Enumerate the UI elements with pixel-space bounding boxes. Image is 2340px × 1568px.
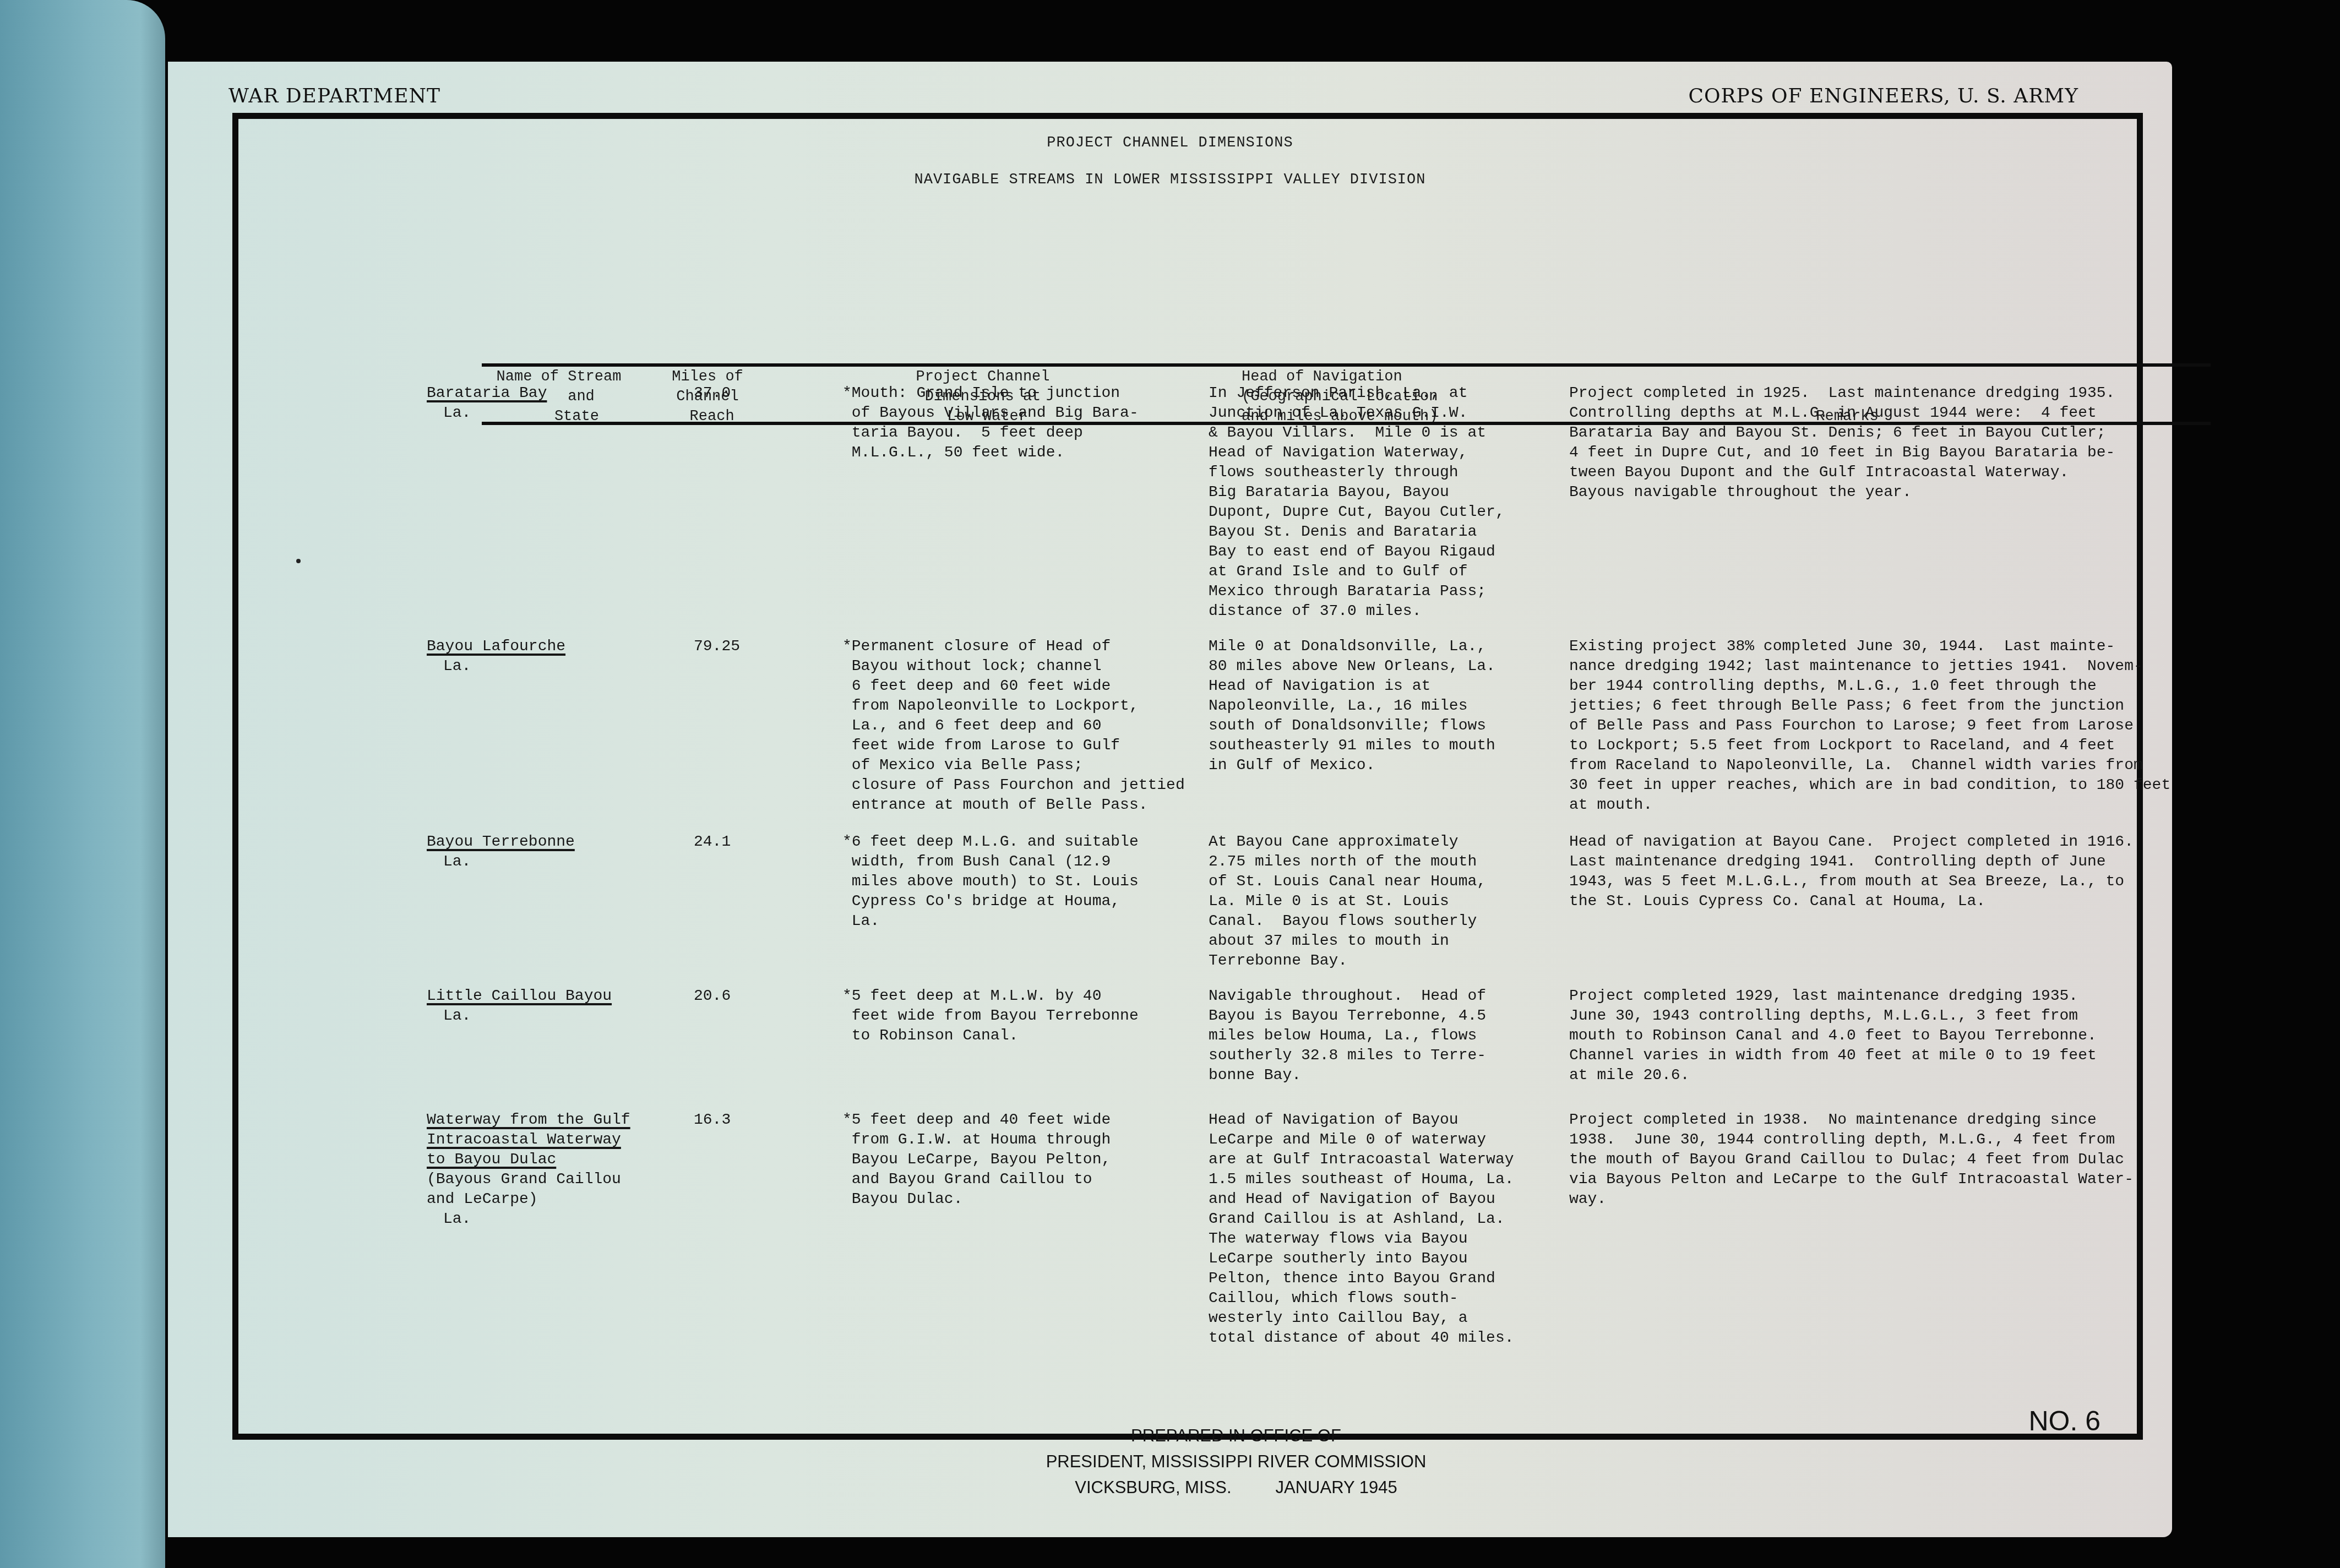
project-cell: *5 feet deep and 40 feet wide from G.I.W… (842, 1110, 1217, 1210)
head-of-navigation-cell: At Bayou Cane approximately 2.75 miles n… (1209, 832, 1561, 971)
remarks-cell: Project completed in 1925. Last maintena… (1569, 384, 2230, 503)
document-subtitle: NAVIGABLE STREAMS IN LOWER MISSISSIPPI V… (168, 172, 2172, 188)
footer-place-date: VICKSBURG, MISS.JANUARY 1945 (988, 1478, 1484, 1498)
miles-cell: 37.0 (694, 384, 760, 404)
project-cell: *Permanent closure of Head of Bayou with… (842, 637, 1217, 815)
facing-page-edge (0, 0, 165, 1568)
project-cell: *Mouth: Grand Isle to junction of Bayous… (842, 384, 1217, 463)
head-of-navigation-cell: Head of Navigation of Bayou LeCarpe and … (1209, 1110, 1561, 1348)
project-cell: *5 feet deep at M.L.W. by 40 feet wide f… (842, 987, 1217, 1046)
footer-date: JANUARY 1945 (1276, 1478, 1397, 1497)
stream-name-cell: Waterway from the Gulf Intracoastal Wate… (427, 1110, 680, 1229)
stream-name-cell: Little Caillou BayouLa. (427, 987, 680, 1026)
remarks-cell: Project completed 1929, last maintenance… (1569, 987, 2230, 1086)
document-page: WAR DEPARTMENT CORPS OF ENGINEERS, U. S.… (168, 62, 2172, 1537)
head-of-navigation-cell: In Jefferson Parish, La., at Junction of… (1209, 384, 1561, 622)
paper-speck (296, 559, 301, 563)
stream-name-cell: Barataria BayLa. (427, 384, 680, 423)
stream-state: La. (427, 404, 680, 423)
stream-state: La. (427, 1210, 680, 1229)
stream-name-cell: Bayou LafourcheLa. (427, 637, 680, 677)
footer-office-line: PRESIDENT, MISSISSIPPI RIVER COMMISSION (988, 1452, 1484, 1472)
remarks-cell: Existing project 38% completed June 30, … (1569, 637, 2230, 815)
document-title: PROJECT CHANNEL DIMENSIONS (168, 135, 2172, 151)
remarks-cell: Head of navigation at Bayou Cane. Projec… (1569, 832, 2230, 912)
running-head-left: WAR DEPARTMENT (228, 85, 440, 107)
stream-name-extra: (Bayous Grand Caillou and LeCarpe) (427, 1170, 680, 1210)
stream-name: Waterway from the Gulf Intracoastal Wate… (427, 1112, 630, 1168)
stream-state: La. (427, 852, 680, 872)
footer-prepared-line: PREPARED IN OFFICE OF (988, 1426, 1484, 1446)
stream-state: La. (427, 657, 680, 677)
miles-cell: 16.3 (694, 1110, 760, 1130)
head-of-navigation-cell: Mile 0 at Donaldsonville, La., 80 miles … (1209, 637, 1561, 776)
project-cell: *6 feet deep M.L.G. and suitable width, … (842, 832, 1217, 932)
footer-place: VICKSBURG, MISS. (1075, 1478, 1231, 1497)
running-head-right: CORPS OF ENGINEERS, U. S. ARMY (1688, 85, 2078, 107)
stream-name: Bayou Terrebonne (427, 834, 575, 851)
stream-state: La. (427, 1006, 680, 1026)
miles-cell: 79.25 (694, 637, 760, 657)
stream-name-cell: Bayou TerrebonneLa. (427, 832, 680, 872)
head-of-navigation-cell: Navigable throughout. Head of Bayou is B… (1209, 987, 1561, 1086)
miles-cell: 24.1 (694, 832, 760, 852)
remarks-cell: Project completed in 1938. No maintenanc… (1569, 1110, 2230, 1210)
stream-name: Little Caillou Bayou (427, 988, 612, 1005)
table-header-rule-top (482, 363, 2211, 367)
stream-name: Barataria Bay (427, 385, 547, 402)
plate-number: NO. 6 (2028, 1405, 2100, 1437)
stream-name: Bayou Lafourche (427, 638, 565, 655)
miles-cell: 20.6 (694, 987, 760, 1006)
